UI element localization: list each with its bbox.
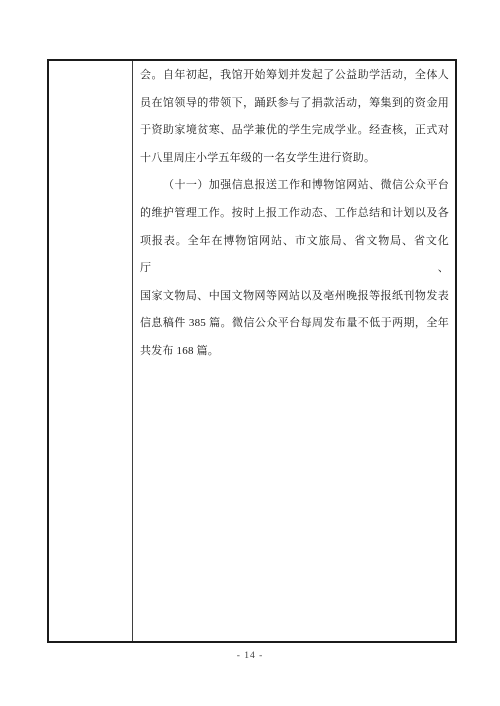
text-line: 会。自年初起，我馆开始筹划并发起了公益助学活动，全体人 [140,62,449,90]
document-page: 会。自年初起，我馆开始筹划并发起了公益助学活动，全体人员在馆领导的带领下，踊跃参… [0,0,500,706]
text-line: 员在馆领导的带领下，踊跃参与了捐款活动，筹集到的资金用 [140,90,449,118]
text-line: （十一）加强信息报送工作和博物馆网站、微信公众平台 [140,172,449,200]
content-table: 会。自年初起，我馆开始筹划并发起了公益助学活动，全体人员在馆领导的带领下，踊跃参… [47,59,457,643]
table-left-cell [49,61,133,641]
text-line: 于资助家境贫寒、品学兼优的学生完成学业。经查核，正式对 [140,117,449,145]
text-line: 国家文物局、中国文物网等网站以及亳州晚报等报纸刊物发表 [140,283,449,311]
text-line: 的维护管理工作。按时上报工作动态、工作总结和计划以及各 [140,200,449,228]
page-number: - 14 - [0,651,500,661]
text-line: 项报表。全年在博物馆网站、市文旅局、省文物局、省文化厅、 [140,228,449,283]
text-line: 十八里周庄小学五年级的一名女学生进行资助。 [140,145,449,173]
paragraph-info-reporting: （十一）加强信息报送工作和博物馆网站、微信公众平台的维护管理工作。按时上报工作动… [140,172,449,365]
paragraph-charity-aid: 会。自年初起，我馆开始筹划并发起了公益助学活动，全体人员在馆领导的带领下，踊跃参… [140,62,449,172]
text-line: 信息稿件 385 篇。微信公众平台每周发布量不低于两期，全年 [140,310,449,338]
text-line: 共发布 168 篇。 [140,338,449,366]
table-right-cell: 会。自年初起，我馆开始筹划并发起了公益助学活动，全体人员在馆领导的带领下，踊跃参… [133,61,455,641]
